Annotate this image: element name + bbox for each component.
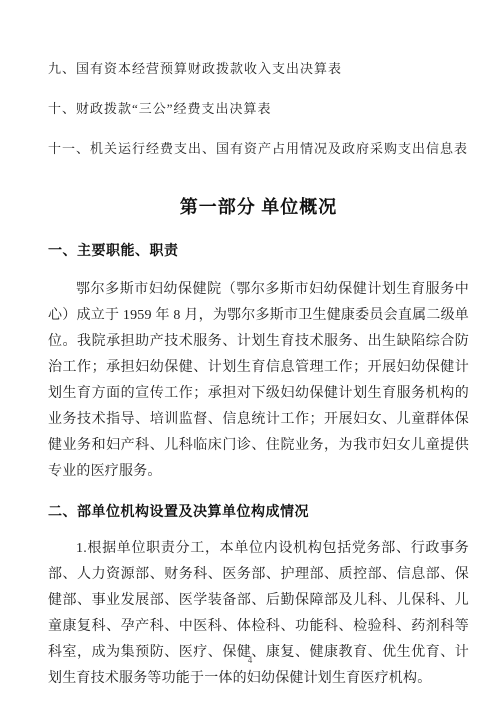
document-page: 九、国有资本经营预算财政拨款收入支出决算表 十、财政拨款“三公”经费支出决算表 … — [0, 0, 500, 707]
section-paragraph-1: 鄂尔多斯市妇幼保健院（鄂尔多斯市妇幼保健计划生育服务中心）成立于 1959 年 … — [48, 277, 469, 485]
toc-item-11: 十一、机关运行经费支出、国有资产占用情况及政府采购支出信息表 — [48, 142, 469, 156]
page-number: 4 — [0, 654, 500, 666]
section-paragraph-2: 1.根据单位职责分工，本单位内设机构包括党务部、行政事务部、人力资源部、财务科、… — [48, 536, 469, 692]
toc-item-10: 十、财政拨款“三公”经费支出决算表 — [48, 102, 469, 116]
section-heading-2: 二、部单位机构设置及决算单位构成情况 — [48, 503, 469, 519]
section-heading-1: 一、主要职能、职责 — [48, 242, 469, 258]
part-title: 第一部分 单位概况 — [48, 196, 469, 218]
table-of-contents: 九、国有资本经营预算财政拨款收入支出决算表 十、财政拨款“三公”经费支出决算表 … — [48, 62, 469, 156]
document-content: 九、国有资本经营预算财政拨款收入支出决算表 十、财政拨款“三公”经费支出决算表 … — [0, 0, 500, 692]
section-main-duties: 一、主要职能、职责 鄂尔多斯市妇幼保健院（鄂尔多斯市妇幼保健计划生育服务中心）成… — [48, 242, 469, 485]
toc-item-9: 九、国有资本经营预算财政拨款收入支出决算表 — [48, 62, 469, 76]
